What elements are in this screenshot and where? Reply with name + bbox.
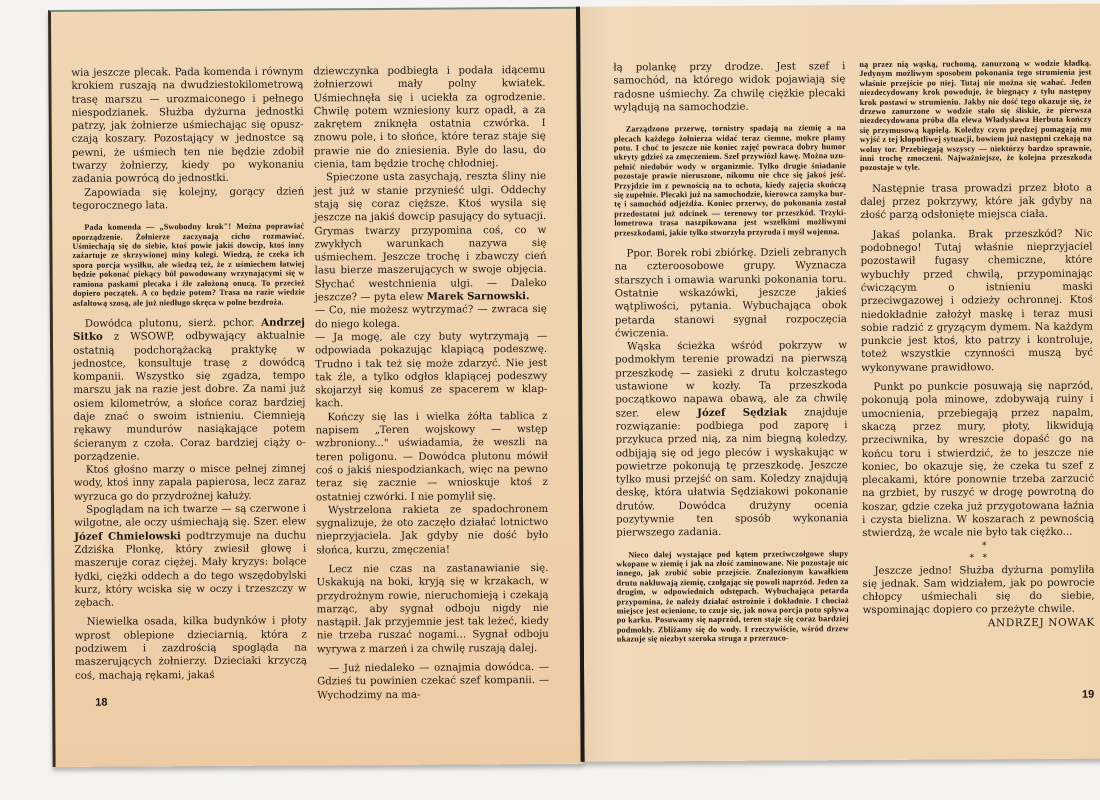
- small-print-paragraph: Pada komenda — „Swobodny krok"! Można po…: [72, 222, 305, 308]
- author-signature: ANDRZEJ NOWAK: [863, 616, 1095, 631]
- small-print-paragraph: Nieco dalej wystające pod kątem prze­ciw…: [616, 549, 849, 644]
- left-page: wia jeszcze plecak. Pada komenda i równy…: [48, 7, 584, 767]
- paragraph: Kończy się las i wielka żółta tabli­ca z…: [315, 410, 548, 504]
- person-name: Marek Sar­nowski.: [427, 290, 530, 303]
- person-name: Józef Sędziak: [697, 406, 787, 419]
- magazine-spread: wia jeszcze plecak. Pada komenda i równy…: [48, 4, 1100, 770]
- paragraph: wia jeszcze plecak. Pada komenda i równy…: [71, 65, 304, 186]
- paragraph: Jakaś polanka. Brak przeszkód? Nic podob…: [860, 227, 1093, 375]
- left-page-column-1: wia jeszcze plecak. Pada komenda i równy…: [71, 65, 307, 682]
- paragraph: Ktoś głośno marzy o misce pełnej zimnej …: [74, 463, 306, 504]
- paragraph: łą polankę przy drodze. Jest szef i samo…: [613, 60, 845, 115]
- paragraph: Spoglądam na ich twarze — są czer­wone i…: [74, 503, 307, 611]
- paragraph: — Ja mogę, ale czy buty wytrzy­mają — od…: [315, 330, 547, 411]
- paragraph: Jeszcze jedno! Służba dyżurna po­myliła …: [862, 563, 1094, 618]
- paragraph: Wąska ścieżka wśród pokrzyw w podmokłym …: [615, 339, 848, 540]
- page-number-right: 19: [1082, 689, 1094, 701]
- right-page-column-1: łą polankę przy drodze. Jest szef i samo…: [613, 60, 849, 654]
- paragraph: — Już niedaleko — oznajmia do­wódca. — G…: [317, 661, 549, 702]
- paragraph: Niewielka osada, kilka budynków i płoty …: [75, 615, 307, 683]
- right-page-column-2: ną przez nią wąską, ruchomą, zanurzoną w…: [859, 59, 1094, 631]
- paragraph: Zapowiada się kolejny, gorący dzień tego…: [72, 185, 304, 213]
- paragraph: Następnie trasa prowadzi przez bło­to a …: [860, 182, 1092, 223]
- paragraph: Punkt po punkcie posuwają się na­przód, …: [861, 380, 1094, 541]
- paragraph: dziewczynka podbiegła i podała idące­mu …: [313, 64, 546, 172]
- person-name: Józef Chmielowski: [74, 530, 181, 543]
- left-page-column-2: dziewczynka podbiegła i podała idące­mu …: [313, 64, 549, 702]
- paragraph: Lecz nie czas na zastanawianie się. Uska…: [316, 562, 549, 656]
- paragraph: Wystrzelona rakieta ze spadochro­nem syg…: [316, 503, 548, 558]
- page-number-left: 18: [95, 697, 107, 709]
- paragraph: Dowódca plutonu, sierż. pchor. An­drzej …: [73, 316, 306, 464]
- paragraph: — Co, nie możesz wytrzymać? — zwraca się…: [315, 303, 547, 331]
- paragraph: Spieczone usta zasychają, reszta śli­ny …: [314, 170, 547, 304]
- small-print-paragraph: ną przez nią wąską, ruchomą, zanurzoną w…: [859, 59, 1092, 173]
- right-page: łą polankę przy drodze. Jest szef i samo…: [578, 3, 1100, 761]
- section-separator: * * *: [862, 539, 1094, 564]
- paragraph: Ppor. Borek robi zbiórkę. Dzieli ze­bran…: [614, 246, 847, 340]
- small-print-paragraph: Zarządzono przerwę, tornistry spadają na…: [614, 123, 847, 237]
